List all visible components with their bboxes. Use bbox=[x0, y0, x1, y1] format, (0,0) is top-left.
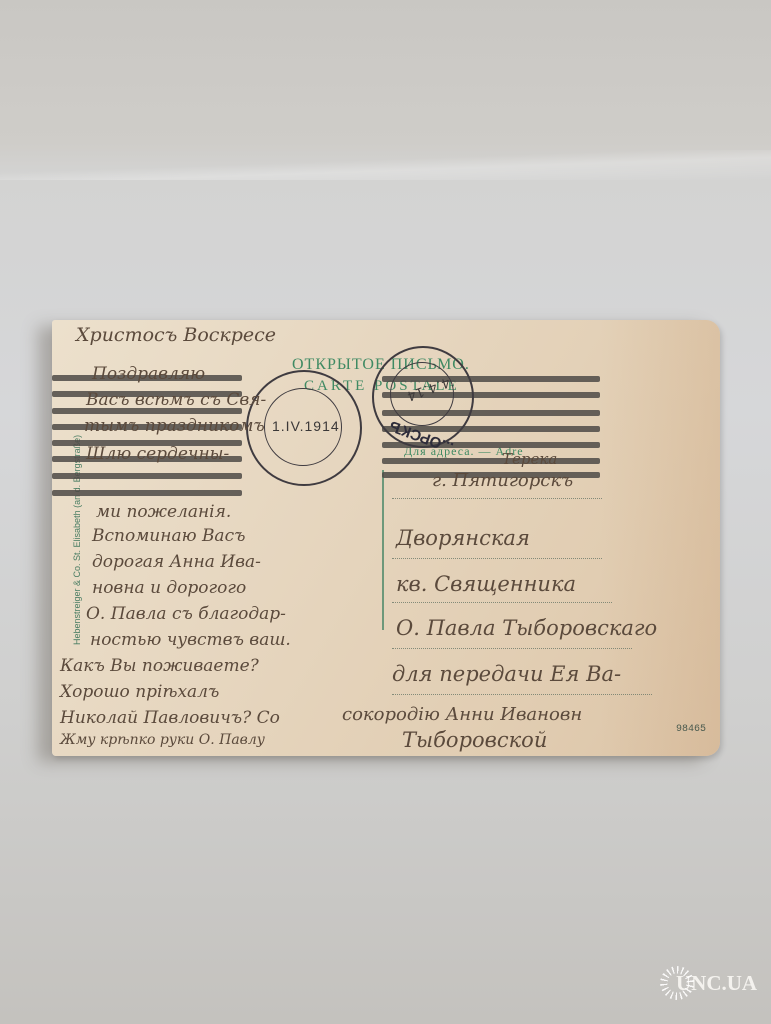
address-dotline bbox=[392, 648, 632, 649]
address-dotline bbox=[392, 498, 602, 499]
serial-number: 98465 bbox=[676, 724, 706, 735]
sunburst-logo-icon bbox=[660, 966, 694, 1000]
card-stain bbox=[600, 320, 720, 756]
address-dotline bbox=[392, 558, 602, 559]
background-fold bbox=[0, 150, 771, 180]
postcard: ОТКРЫТОЕ ПИСЬМО. CARTE POSTALE Для адрес… bbox=[52, 320, 720, 756]
site-watermark: UNC.UA bbox=[660, 966, 757, 1000]
divider-line bbox=[382, 470, 384, 630]
address-dotline bbox=[392, 694, 652, 695]
postmark-town-stamp: 4.4.14 ...ОРСКЪ bbox=[372, 346, 474, 448]
address-dotline bbox=[392, 602, 612, 603]
publisher-imprint: Hebenstreiger & Co. St. Elisabeth (an d.… bbox=[72, 435, 82, 645]
